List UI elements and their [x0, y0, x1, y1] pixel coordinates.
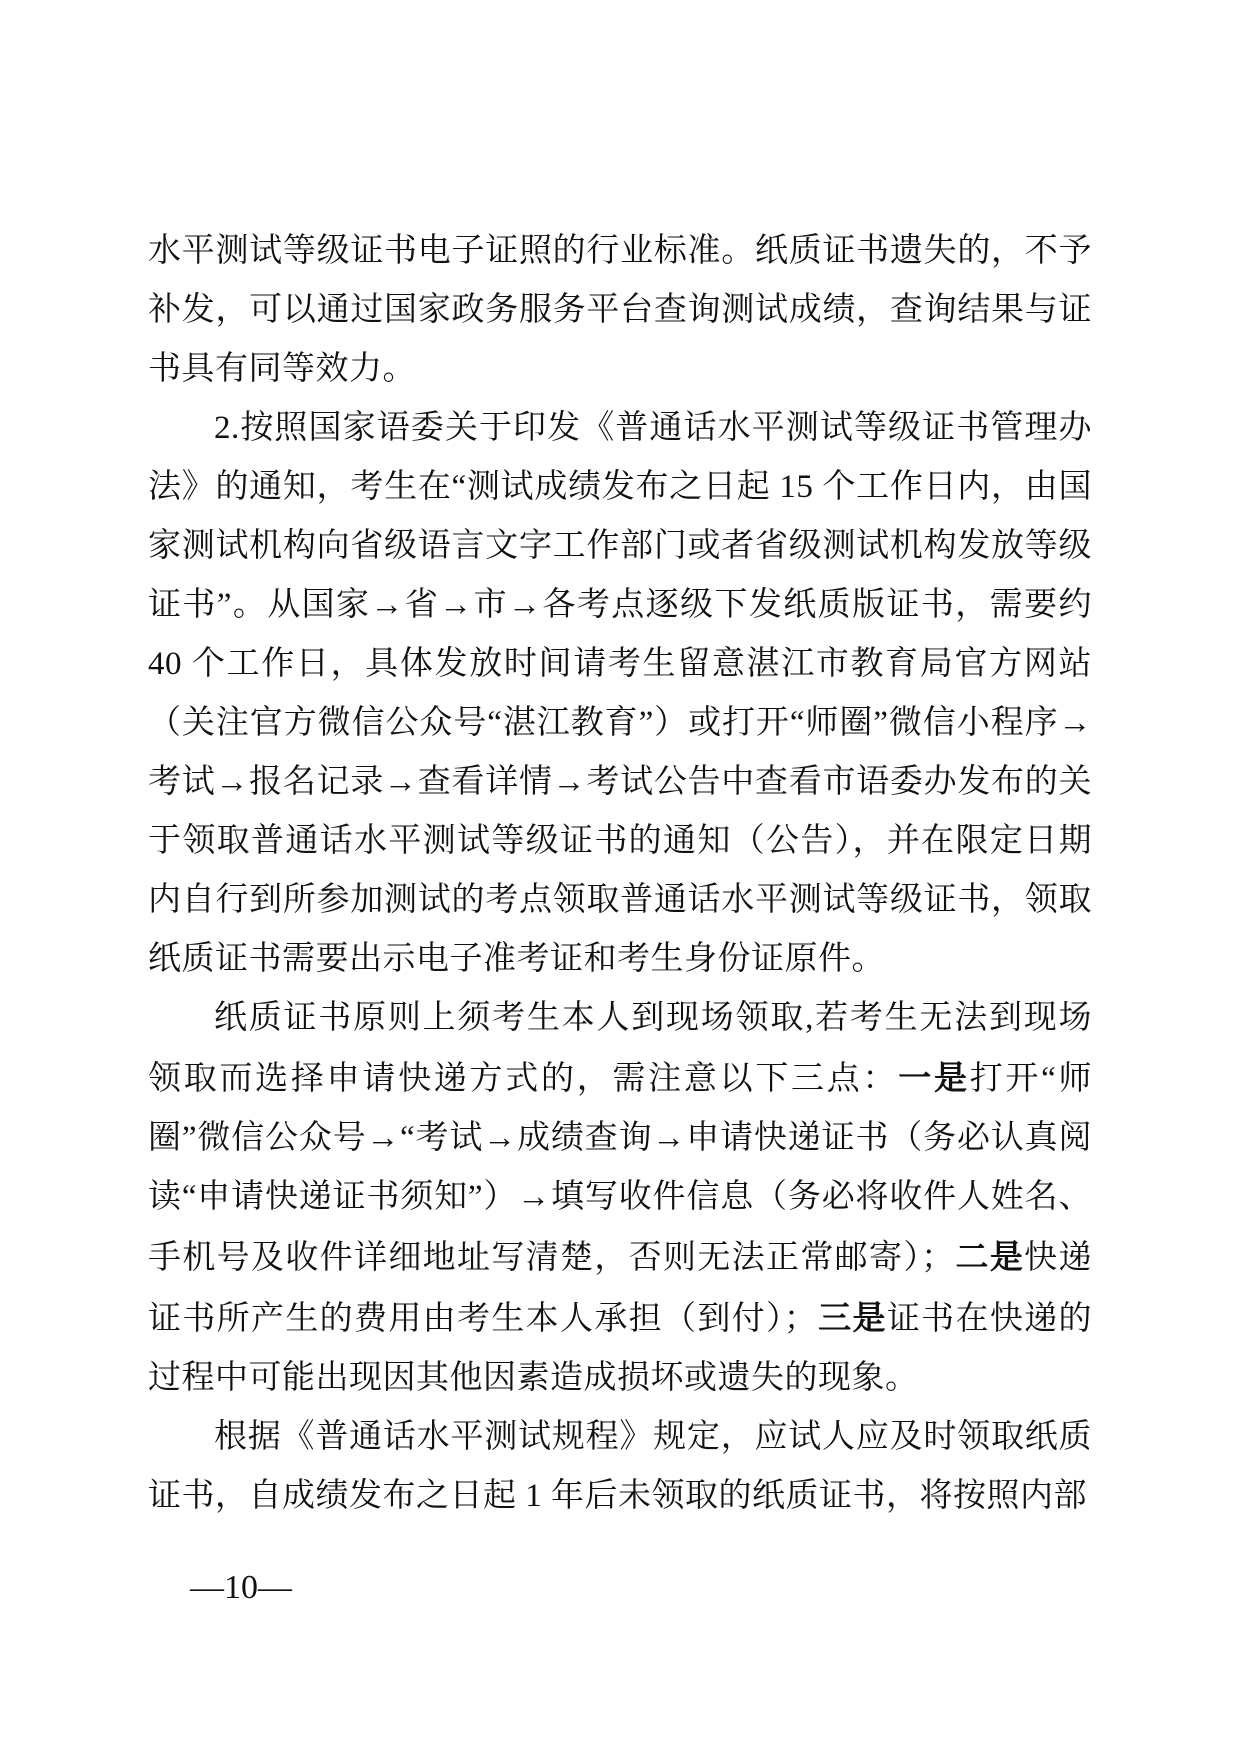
emphasis-text: 一是	[898, 1059, 969, 1096]
page-number: —10—	[190, 1566, 292, 1610]
document-page: 水平测试等级证书电子证照的行业标准。纸质证书遗失的，不予补发，可以通过国家政务服…	[0, 0, 1240, 1754]
paragraph: 纸质证书原则上须考生本人到现场领取,若考生无法到现场领取而选择申请快递方式的，需…	[148, 989, 1092, 1408]
document-body: 水平测试等级证书电子证照的行业标准。纸质证书遗失的，不予补发，可以通过国家政务服…	[148, 222, 1092, 1526]
body-text: 水平测试等级证书电子证照的行业标准。纸质证书遗失的，不予补发，可以通过国家政务服…	[148, 233, 1092, 387]
paragraph: 2.按照国家语委关于印发《普通话水平测试等级证书管理办法》的通知，考生在“测试成…	[148, 399, 1092, 989]
body-text: 2.按照国家语委关于印发《普通话水平测试等级证书管理办法》的通知，考生在“测试成…	[148, 410, 1092, 977]
paragraph: 根据《普通话水平测试规程》规定，应试人应及时领取纸质证书，自成绩发布之日起 1 …	[148, 1408, 1092, 1526]
body-text: 根据《普通话水平测试规程》规定，应试人应及时领取纸质证书，自成绩发布之日起 1 …	[148, 1419, 1092, 1514]
emphasis-text: 二是	[955, 1238, 1025, 1275]
paragraph: 水平测试等级证书电子证照的行业标准。纸质证书遗失的，不予补发，可以通过国家政务服…	[148, 222, 1092, 399]
emphasis-text: 三是	[817, 1299, 887, 1336]
